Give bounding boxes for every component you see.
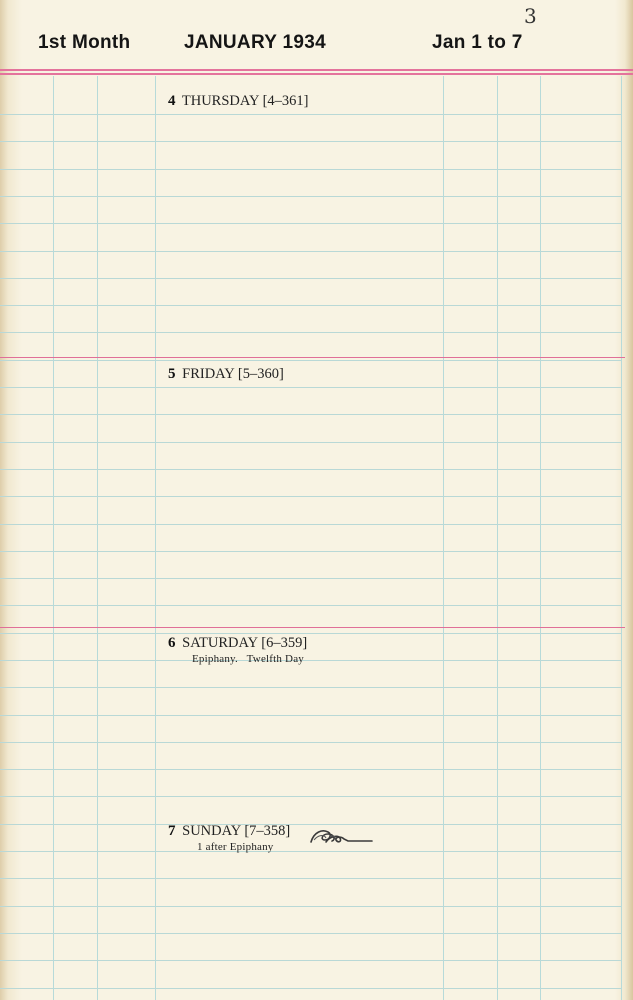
day-heading-thursday: 4 THURSDAY [4–361] [168,93,309,110]
ruled-line [0,660,622,661]
day-number: 5 [168,366,176,382]
ruled-line [0,960,622,961]
ruled-line [0,469,622,470]
ruled-line [0,988,622,989]
ruled-line [0,278,622,279]
day-divider [0,357,625,358]
day-count: [4–361] [263,93,309,109]
ruled-line [0,906,622,907]
day-count: [6–359] [261,635,307,651]
day-note-sunday: 1 after Epiphany [197,841,274,853]
ruled-line [0,387,622,388]
day-divider [0,627,625,628]
page-title: JANUARY 1934 [184,32,326,54]
column-rule [97,76,98,1000]
day-heading-friday: 5 FRIDAY [5–360] [168,366,284,383]
ruled-line [0,305,622,306]
ruled-line [0,742,622,743]
ruled-line [0,633,622,634]
ruled-line [0,715,622,716]
ruled-line [0,196,622,197]
day-name: SATURDAY [182,635,257,651]
day-count: [5–360] [238,366,284,382]
ruled-line [0,551,622,552]
ruled-line [0,687,622,688]
day-heading-sunday: 7 SUNDAY [7–358] [168,823,290,840]
date-range: Jan 1 to 7 [432,32,523,54]
column-rule [497,76,498,1000]
day-name: SUNDAY [182,823,241,839]
day-number: 7 [168,823,176,839]
page-number: 3 [524,4,537,28]
ruled-line [0,169,622,170]
header-divider [0,68,633,76]
day-name: THURSDAY [182,93,259,109]
ruled-line [0,251,622,252]
column-rule [443,76,444,1000]
column-rule [621,76,622,1000]
ruled-line [0,578,622,579]
ruled-line [0,223,622,224]
ruled-line [0,851,622,852]
ink-scribble-icon [308,826,374,846]
day-note-saturday: Epiphany. Twelfth Day [192,653,304,665]
ruled-line [0,442,622,443]
column-rule [53,76,54,1000]
month-index: 1st Month [38,32,130,54]
day-number: 4 [168,93,176,109]
ruled-line [0,796,622,797]
ruled-line [0,141,622,142]
ruled-line [0,360,622,361]
ruled-line [0,824,622,825]
day-count: [7–358] [244,823,290,839]
day-name: FRIDAY [182,366,234,382]
ruled-line [0,414,622,415]
diary-page: 3 1st Month JANUARY 1934 Jan 1 to 7 4 TH… [0,0,633,1000]
ruled-line [0,605,622,606]
day-heading-saturday: 6 SATURDAY [6–359] [168,635,307,652]
day-number: 6 [168,635,176,651]
ruled-line [0,114,622,115]
ruled-line [0,524,622,525]
ruled-line [0,878,622,879]
ruled-line [0,332,622,333]
column-rule [540,76,541,1000]
ruled-line [0,496,622,497]
column-rule [155,76,156,1000]
ruled-line [0,769,622,770]
ruled-line [0,933,622,934]
